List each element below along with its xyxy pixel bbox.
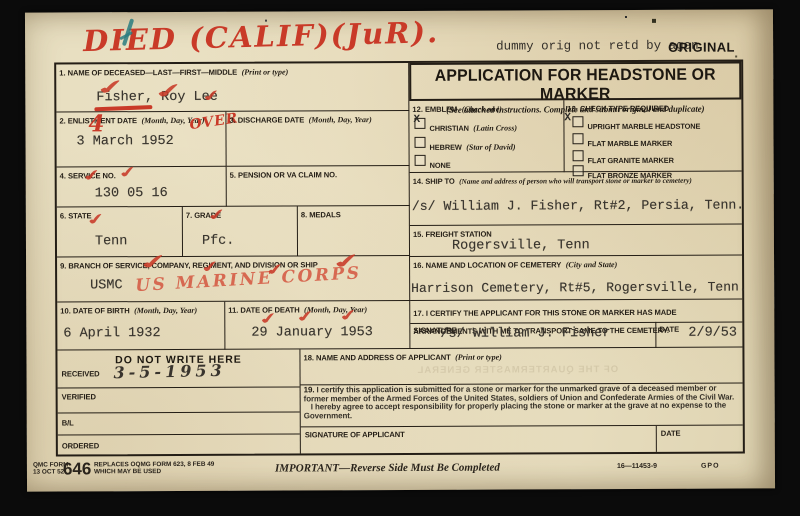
checkbox-hebrew (415, 137, 426, 148)
freight-station-value: Rogersville, Tenn (452, 238, 590, 254)
red-checkmark (123, 163, 133, 181)
field-applicant-certify: 19.I certify this application is submitt… (301, 384, 743, 428)
date-label: DATE (659, 325, 679, 334)
transporter-date: 2/9/53 (688, 326, 737, 341)
signature-of-applicant-label: SIGNATURE OF APPLICANT (305, 430, 405, 439)
field-date-of-death: 11.DATE OF DEATH (Month, Day, Year) 29 J… (225, 301, 410, 350)
form-paper: DIED (CALIF)(JuR). dummy orig not retd b… (25, 9, 775, 491)
service-no-value: 130 05 16 (95, 186, 168, 201)
headstone-application-form: 1.NAME OF DECEASED—LAST—FIRST—MIDDLE (Pr… (54, 60, 745, 457)
field-emblem: 12.EMBLEM (Check one) X CHRISTIAN (Latin… (409, 100, 564, 173)
checkbox-christian-mark: X (413, 114, 420, 126)
applicant-signature-row: SIGNATURE OF APPLICANT DATE (301, 426, 743, 454)
field-ship-to: 14.SHIP TO (Name and address of person w… (410, 172, 742, 226)
checkbox-flat-granite (573, 150, 584, 161)
field-grade: 7.GRADE Pfc. (183, 206, 298, 257)
red-checkmark (87, 166, 97, 184)
red-checkmark (300, 307, 310, 325)
red-checkmark (270, 261, 280, 279)
bl-label: B/L (62, 418, 74, 427)
died-annotation: DIED (CALIF)(JuR). (83, 15, 440, 58)
print-code: 16—11453-9 (617, 463, 657, 470)
field-transport-certify: 17.I CERTIFY THE APPLICANT FOR THIS STON… (410, 300, 742, 349)
field-enlistment-date: 2.ENLISTMENT DATE (Month, Day, Year) 3 M… (56, 112, 226, 168)
red-checkmark (340, 252, 353, 271)
field-discharge-date: 3.DISCHARGE DATE (Month, Day, Year) (226, 111, 409, 167)
gpo-mark: GPO (701, 463, 720, 470)
checkbox-upright-marble (572, 116, 583, 127)
replaces-note: REPLACES OQMG FORM 623, 8 FEB 49WHICH MA… (94, 462, 214, 476)
original-stamp: ORIGINAL (668, 40, 735, 55)
do-not-write-section: DO NOT WRITE HERE RECEIVED 3-5-1953 VERI… (57, 349, 300, 454)
cemetery-value: Harrison Cemetery, Rt#5, Rogersville, Te… (411, 279, 747, 295)
red-checkmark (104, 78, 117, 97)
red-checkmark (91, 210, 101, 228)
red-checkmark (343, 306, 353, 324)
state-value: Tenn (95, 234, 127, 249)
received-value: 3-5-1953 (113, 361, 225, 382)
checkbox-upright-marble-mark: X (564, 112, 571, 124)
field-pension-claim-no: 5.PENSION OR VA CLAIM NO. (227, 166, 410, 207)
form-title-block: APPLICATION FOR HEADSTONE OR MARKER (See… (409, 62, 741, 101)
verified-label: VERIFIED (62, 392, 96, 401)
ordered-label: ORDERED (62, 441, 99, 450)
grade-value: Pfc. (202, 234, 234, 249)
field-date-of-birth: 10.DATE OF BIRTH (Month, Day, Year) 6 Ap… (57, 302, 225, 351)
dust-specks (625, 16, 627, 18)
bleed-through-text: OF THE QUARTERMASTER GENERAL (416, 364, 618, 376)
transporter-signature: /s/ William J. Fisher (440, 326, 610, 342)
ship-to-value: /s/ William J. Fisher, Rt#2, Persia, Ten… (412, 197, 744, 213)
applicant-date-label: DATE (661, 429, 681, 438)
field-freight-station: 15.FREIGHT STATION Rogersville, Tenn (410, 225, 742, 257)
date-of-birth-value: 6 April 1932 (63, 326, 160, 341)
checkbox-flat-marble (572, 133, 583, 144)
received-label: RECEIVED (62, 369, 100, 378)
red-checkmark (212, 206, 222, 224)
red-correction-4: 4 (88, 110, 104, 137)
field-check-type: 13.CHECK TYPE REQUIRED X UPRIGHT MARBLE … (564, 100, 741, 173)
form-number: 646 (63, 459, 91, 479)
checkbox-none (415, 155, 426, 166)
red-checkmark (263, 310, 273, 328)
red-checkmark (206, 87, 216, 105)
form-footer: QMC FORM13 OCT 52 646 REPLACES OQMG FORM… (27, 455, 775, 488)
branch-value: USMC (90, 278, 122, 293)
red-checkmark (147, 253, 160, 272)
field-cemetery: 16.NAME AND LOCATION OF CEMETERY (City a… (410, 256, 742, 301)
red-checkmark (162, 82, 175, 101)
important-note: IMPORTANT—Reverse Side Must Be Completed (275, 462, 500, 475)
scanned-document: DIED (CALIF)(JuR). dummy orig not retd b… (0, 0, 800, 516)
red-checkmark (205, 258, 215, 276)
